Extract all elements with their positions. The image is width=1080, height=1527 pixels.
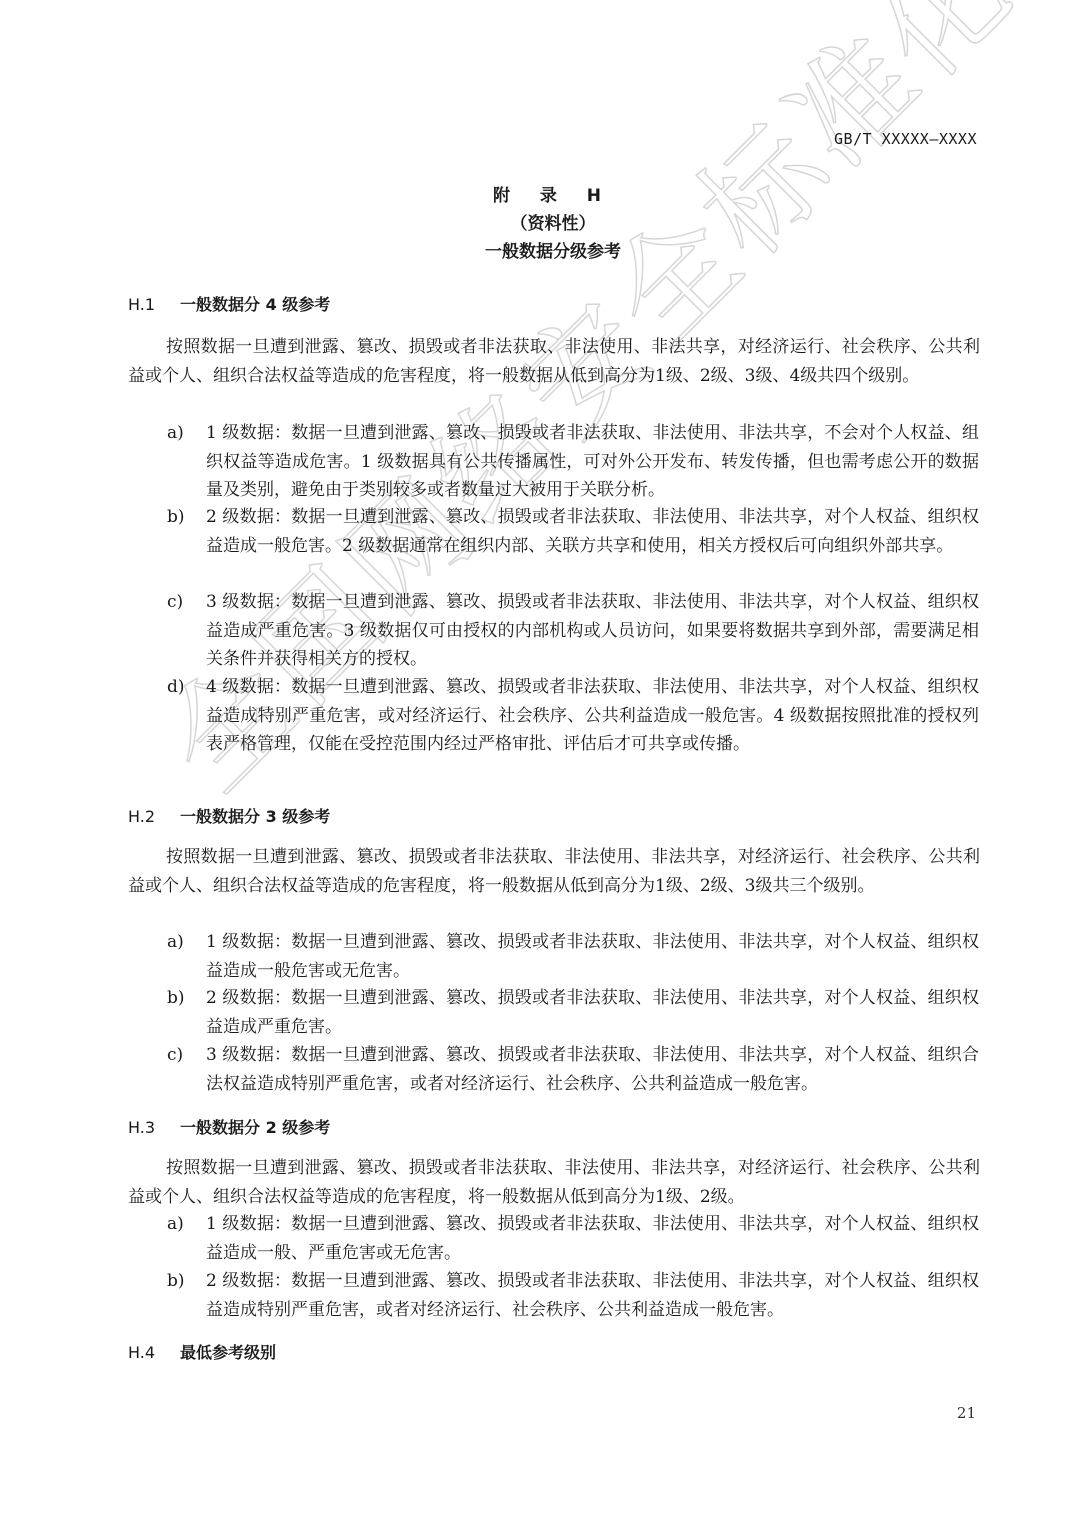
section-intro: 按照数据一旦遭到泄露、篡改、损毁或者非法获取、非法使用、非法共享，对经济运行、社… [128,1154,980,1212]
list-item: b) 2 级数据：数据一旦遭到泄露、篡改、损毁或者非法获取、非法使用、非法共享，… [167,1267,979,1324]
list-item-text: 3 级数据：数据一旦遭到泄露、篡改、损毁或者非法获取、非法使用、非法共享，对个人… [206,1041,979,1098]
section-title: 一般数据分 2 级参考 [180,1118,330,1137]
list-item-text: 2 级数据：数据一旦遭到泄露、篡改、损毁或者非法获取、非法使用、非法共享，对个人… [206,503,979,560]
list-item: a) 1 级数据：数据一旦遭到泄露、篡改、损毁或者非法获取、非法使用、非法共享，… [167,1210,979,1267]
section-intro: 按照数据一旦遭到泄露、篡改、损毁或者非法获取、非法使用、非法共享，对经济运行、社… [128,843,980,901]
list-item: c) 3 级数据：数据一旦遭到泄露、篡改、损毁或者非法获取、非法使用、非法共享，… [167,1041,979,1098]
list-item-text: 4 级数据：数据一旦遭到泄露、篡改、损毁或者非法获取、非法使用、非法共享，对个人… [206,673,979,759]
list-marker: b) [167,984,206,1041]
section-title: 最低参考级别 [180,1343,276,1362]
list-marker: a) [167,419,206,505]
list-item-text: 2 级数据：数据一旦遭到泄露、篡改、损毁或者非法获取、非法使用、非法共享，对个人… [206,984,979,1041]
section-number: H.4 [128,1343,180,1362]
list-marker: c) [167,588,206,674]
list-item-text: 1 级数据：数据一旦遭到泄露、篡改、损毁或者非法获取、非法使用、非法共享，对个人… [206,928,979,985]
section-heading-h4: H.4最低参考级别 [128,1340,276,1363]
list-marker: a) [167,928,206,985]
appendix-label: 附 录 H [0,182,1080,210]
list-item: b) 2 级数据：数据一旦遭到泄露、篡改、损毁或者非法获取、非法使用、非法共享，… [167,503,979,560]
appendix-nature: （资料性） [0,210,1080,238]
section-number: H.1 [128,295,180,314]
appendix-title-block: 附 录 H （资料性） 一般数据分级参考 [0,182,1080,266]
standard-code: GB/T XXXXX—XXXX [834,130,977,148]
list-marker: a) [167,1210,206,1267]
list-item: a) 1 级数据：数据一旦遭到泄露、篡改、损毁或者非法获取、非法使用、非法共享，… [167,419,979,505]
list-marker: c) [167,1041,206,1098]
section-number: H.2 [128,807,180,826]
list-marker: b) [167,1267,206,1324]
list-item-text: 1 级数据：数据一旦遭到泄露、篡改、损毁或者非法获取、非法使用、非法共享，不会对… [206,419,979,505]
list-item-text: 1 级数据：数据一旦遭到泄露、篡改、损毁或者非法获取、非法使用、非法共享，对个人… [206,1210,979,1267]
appendix-title: 一般数据分级参考 [0,238,1080,266]
list-item: b) 2 级数据：数据一旦遭到泄露、篡改、损毁或者非法获取、非法使用、非法共享，… [167,984,979,1041]
list-marker: d) [167,673,206,759]
page-number: 21 [957,1404,976,1422]
list-item-text: 2 级数据：数据一旦遭到泄露、篡改、损毁或者非法获取、非法使用、非法共享，对个人… [206,1267,979,1324]
section-title: 一般数据分 4 级参考 [180,295,330,314]
list-item: c) 3 级数据：数据一旦遭到泄露、篡改、损毁或者非法获取、非法使用、非法共享，… [167,588,979,674]
list-item: d) 4 级数据：数据一旦遭到泄露、篡改、损毁或者非法获取、非法使用、非法共享，… [167,673,979,759]
section-heading-h3: H.3一般数据分 2 级参考 [128,1115,330,1138]
section-heading-h2: H.2一般数据分 3 级参考 [128,804,330,827]
list-item-text: 3 级数据：数据一旦遭到泄露、篡改、损毁或者非法获取、非法使用、非法共享，对个人… [206,588,979,674]
list-marker: b) [167,503,206,560]
section-heading-h1: H.1一般数据分 4 级参考 [128,292,330,315]
section-title: 一般数据分 3 级参考 [180,807,330,826]
section-intro: 按照数据一旦遭到泄露、篡改、损毁或者非法获取、非法使用、非法共享，对经济运行、社… [128,333,980,391]
list-item: a) 1 级数据：数据一旦遭到泄露、篡改、损毁或者非法获取、非法使用、非法共享，… [167,928,979,985]
section-number: H.3 [128,1118,180,1137]
document-page: 全国网络安全标准化技术委员会 GB/T XXXXX—XXXX 附 录 H （资料… [0,0,1080,1527]
